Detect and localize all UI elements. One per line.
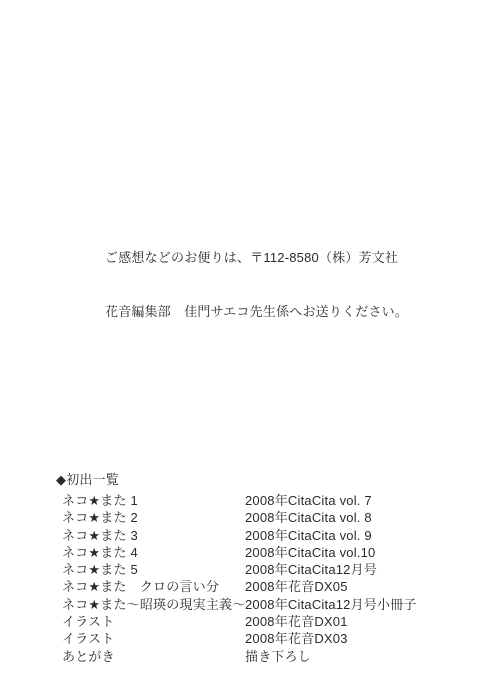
- publication-source: 2008年CitaCita12月号: [245, 561, 377, 578]
- publication-source: 2008年花音DX01: [245, 613, 348, 630]
- publication-source: 2008年花音DX03: [245, 630, 348, 647]
- first-publication-list-heading: ◆初出一覧: [56, 471, 446, 488]
- work-title: ネコ★また 2: [62, 509, 245, 526]
- work-title: ネコ★また～昭瑛の現実主義～: [62, 596, 245, 613]
- work-title: あとがき: [62, 648, 245, 665]
- work-title: ネコ★また クロの言い分: [62, 578, 245, 595]
- publication-source: 2008年CitaCita vol. 7: [245, 492, 372, 509]
- credit-row: ネコ★また 2 2008年CitaCita vol. 8: [62, 509, 446, 526]
- credit-row: あとがき 描き下ろし: [62, 648, 446, 665]
- work-title: ネコ★また 1: [62, 492, 245, 509]
- credit-row: ネコ★また クロの言い分 2008年花音DX05: [62, 578, 446, 595]
- publication-source: 2008年CitaCita vol. 9: [245, 527, 372, 544]
- credit-row: ネコ★また～昭瑛の現実主義～ 2008年CitaCita12月号小冊子: [62, 596, 446, 613]
- credit-row: ネコ★また 1 2008年CitaCita vol. 7: [62, 492, 446, 509]
- publication-source: 2008年CitaCita vol.10: [245, 544, 375, 561]
- book-page: ご感想などのお便りは、〒112-8580（株）芳文社 花音編集部 佳門サエコ先生…: [0, 0, 480, 685]
- publication-source: 描き下ろし: [245, 648, 311, 665]
- work-title: イラスト: [62, 630, 245, 647]
- publication-source: 2008年CitaCita12月号小冊子: [245, 596, 417, 613]
- work-title: ネコ★また 5: [62, 561, 245, 578]
- credit-row: ネコ★また 5 2008年CitaCita12月号: [62, 561, 446, 578]
- publication-source: 2008年CitaCita vol. 8: [245, 509, 372, 526]
- credit-row: イラスト 2008年花音DX01: [62, 613, 446, 630]
- address-line-1: ご感想などのお便りは、〒112-8580（株）芳文社: [105, 249, 408, 267]
- publication-source: 2008年花音DX05: [245, 578, 348, 595]
- credit-row: ネコ★また 4 2008年CitaCita vol.10: [62, 544, 446, 561]
- work-title: ネコ★また 3: [62, 527, 245, 544]
- work-title: ネコ★また 4: [62, 544, 245, 561]
- credit-row: ネコ★また 3 2008年CitaCita vol. 9: [62, 527, 446, 544]
- credit-row: イラスト 2008年花音DX03: [62, 630, 446, 647]
- first-publication-list: ◆初出一覧 ネコ★また 1 2008年CitaCita vol. 7 ネコ★また…: [56, 471, 446, 665]
- address-line-2: 花音編集部 佳門サエコ先生係へお送りください。: [105, 303, 408, 321]
- mailing-address-note: ご感想などのお便りは、〒112-8580（株）芳文社 花音編集部 佳門サエコ先生…: [105, 213, 408, 357]
- work-title: イラスト: [62, 613, 245, 630]
- credit-rows: ネコ★また 1 2008年CitaCita vol. 7 ネコ★また 2 200…: [62, 492, 446, 665]
